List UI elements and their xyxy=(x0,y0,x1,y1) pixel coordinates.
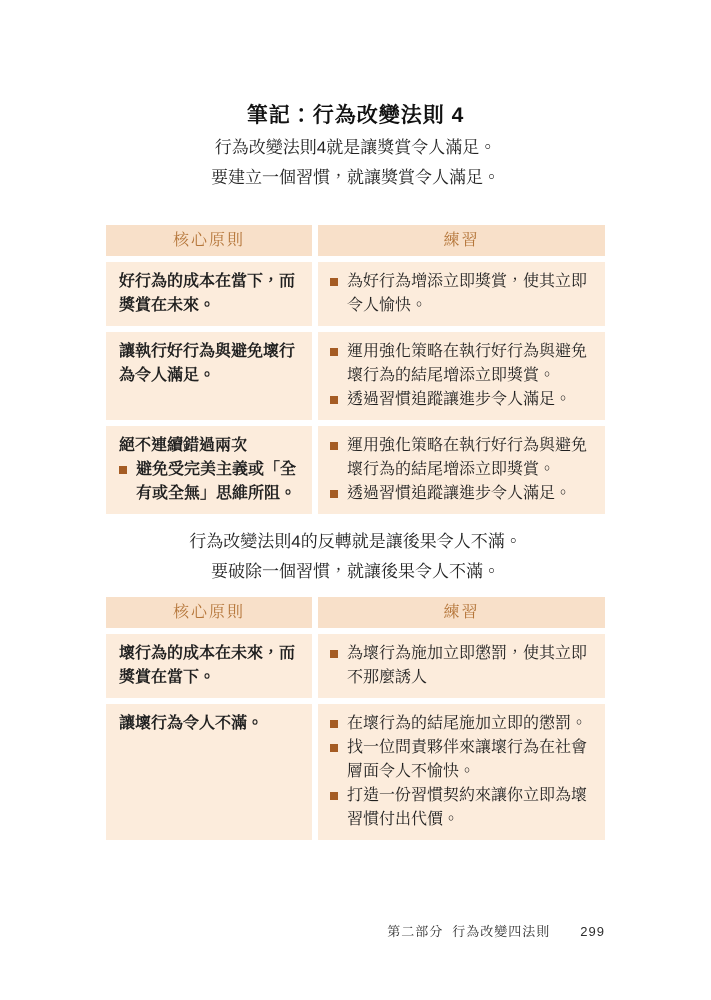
practice-bullet: 為壞行為施加立即懲罰，使其立即不那麼誘人 xyxy=(330,642,597,690)
practice-bullet: 找一位問責夥伴來讓壞行為在社會層面令人不愉快。 xyxy=(330,736,597,784)
principle-bullet: 避免受完美主義或「全有或全無」思維所阻。 xyxy=(119,458,300,506)
principle-text: 絕不連續錯過兩次 xyxy=(119,434,300,458)
table1-header-core-principle: 核心原則 xyxy=(106,225,312,256)
table1-row3-principle-cell: 絕不連續錯過兩次 避免受完美主義或「全有或全無」思維所阻。 xyxy=(106,426,312,514)
footer-chapter: 行為改變四法則 xyxy=(452,921,550,940)
bullet-square-icon xyxy=(330,792,338,800)
bullet-square-icon xyxy=(330,396,338,404)
table1-row2-practice-cell: 運用強化策略在執行好行為與避免壞行為的結尾增添立即獎賞。 透過習慣追蹤讓進步令人… xyxy=(318,332,605,420)
practice-bullet: 透過習慣追蹤讓進步令人滿足。 xyxy=(330,388,597,412)
consequence-unsatisfying-table: 核心原則 練習 壞行為的成本在未來，而獎賞在當下。 為壞行為施加立即懲罰，使其立… xyxy=(106,597,605,840)
book-page: 筆記：行為改變法則 4 行為改變法則4就是讓獎賞令人滿足。 要建立一個習慣，就讓… xyxy=(0,0,711,1000)
table2-header-core-principle: 核心原則 xyxy=(106,597,312,628)
practice-bullet: 為好行為增添立即獎賞，使其立即令人愉快。 xyxy=(330,270,597,318)
practice-bullet: 運用強化策略在執行好行為與避免壞行為的結尾增添立即獎賞。 xyxy=(330,434,597,482)
bullet-square-icon xyxy=(330,650,338,658)
bullet-text: 運用強化策略在執行好行為與避免壞行為的結尾增添立即獎賞。 xyxy=(347,340,597,388)
bullet-square-icon xyxy=(119,466,127,474)
bullet-text: 打造一份習慣契約來讓你立即為壞習慣付出代價。 xyxy=(347,784,597,832)
principle-text: 讓執行好行為與避免壞行為令人滿足。 xyxy=(119,340,300,388)
inversion-line: 行為改變法則4的反轉就是讓後果令人不滿。 xyxy=(0,527,711,557)
bullet-text: 透過習慣追蹤讓進步令人滿足。 xyxy=(347,482,597,506)
table1-row3-practice-cell: 運用強化策略在執行好行為與避免壞行為的結尾增添立即獎賞。 透過習慣追蹤讓進步令人… xyxy=(318,426,605,514)
bullet-text: 避免受完美主義或「全有或全無」思維所阻。 xyxy=(136,458,300,506)
practice-bullet: 運用強化策略在執行好行為與避免壞行為的結尾增添立即獎賞。 xyxy=(330,340,597,388)
bullet-text: 為壞行為施加立即懲罰，使其立即不那麼誘人 xyxy=(347,642,597,690)
page-footer: 第二部分 行為改變四法則 299 xyxy=(387,921,605,940)
bullet-square-icon xyxy=(330,278,338,286)
table2-row2-principle-cell: 讓壞行為令人不滿。 xyxy=(106,704,312,840)
bullet-text: 運用強化策略在執行好行為與避免壞行為的結尾增添立即獎賞。 xyxy=(347,434,597,482)
reward-satisfying-table: 核心原則 練習 好行為的成本在當下，而獎賞在未來。 為好行為增添立即獎賞，使其立… xyxy=(106,225,605,514)
bullet-square-icon xyxy=(330,442,338,450)
principle-text: 讓壞行為令人不滿。 xyxy=(119,712,300,736)
intro-line: 要建立一個習慣，就讓獎賞令人滿足。 xyxy=(0,163,711,193)
intro-text: 行為改變法則4就是讓獎賞令人滿足。 要建立一個習慣，就讓獎賞令人滿足。 xyxy=(0,133,711,193)
footer-page-number: 299 xyxy=(580,924,605,939)
table1-row1-practice-cell: 為好行為增添立即獎賞，使其立即令人愉快。 xyxy=(318,262,605,326)
table1-header-practice: 練習 xyxy=(318,225,605,256)
table2-header-practice: 練習 xyxy=(318,597,605,628)
principle-text: 好行為的成本在當下，而獎賞在未來。 xyxy=(119,270,300,318)
practice-bullet: 在壞行為的結尾施加立即的懲罰。 xyxy=(330,712,597,736)
bullet-text: 在壞行為的結尾施加立即的懲罰。 xyxy=(347,712,597,736)
intro-line: 行為改變法則4就是讓獎賞令人滿足。 xyxy=(0,133,711,163)
practice-bullet: 打造一份習慣契約來讓你立即為壞習慣付出代價。 xyxy=(330,784,597,832)
table2-row1-practice-cell: 為壞行為施加立即懲罰，使其立即不那麼誘人 xyxy=(318,634,605,698)
bullet-square-icon xyxy=(330,348,338,356)
page-title: 筆記：行為改變法則 4 xyxy=(0,99,711,129)
bullet-square-icon xyxy=(330,490,338,498)
table1-row1-principle-cell: 好行為的成本在當下，而獎賞在未來。 xyxy=(106,262,312,326)
inversion-text: 行為改變法則4的反轉就是讓後果令人不滿。 要破除一個習慣，就讓後果令人不滿。 xyxy=(0,527,711,587)
table1-row2-principle-cell: 讓執行好行為與避免壞行為令人滿足。 xyxy=(106,332,312,420)
practice-bullet: 透過習慣追蹤讓進步令人滿足。 xyxy=(330,482,597,506)
table2-row1-principle-cell: 壞行為的成本在未來，而獎賞在當下。 xyxy=(106,634,312,698)
footer-section: 第二部分 xyxy=(387,921,443,940)
bullet-text: 透過習慣追蹤讓進步令人滿足。 xyxy=(347,388,597,412)
bullet-square-icon xyxy=(330,720,338,728)
bullet-square-icon xyxy=(330,744,338,752)
table2-row2-practice-cell: 在壞行為的結尾施加立即的懲罰。 找一位問責夥伴來讓壞行為在社會層面令人不愉快。 … xyxy=(318,704,605,840)
bullet-text: 找一位問責夥伴來讓壞行為在社會層面令人不愉快。 xyxy=(347,736,597,784)
inversion-line: 要破除一個習慣，就讓後果令人不滿。 xyxy=(0,557,711,587)
principle-text: 壞行為的成本在未來，而獎賞在當下。 xyxy=(119,642,300,690)
bullet-text: 為好行為增添立即獎賞，使其立即令人愉快。 xyxy=(347,270,597,318)
